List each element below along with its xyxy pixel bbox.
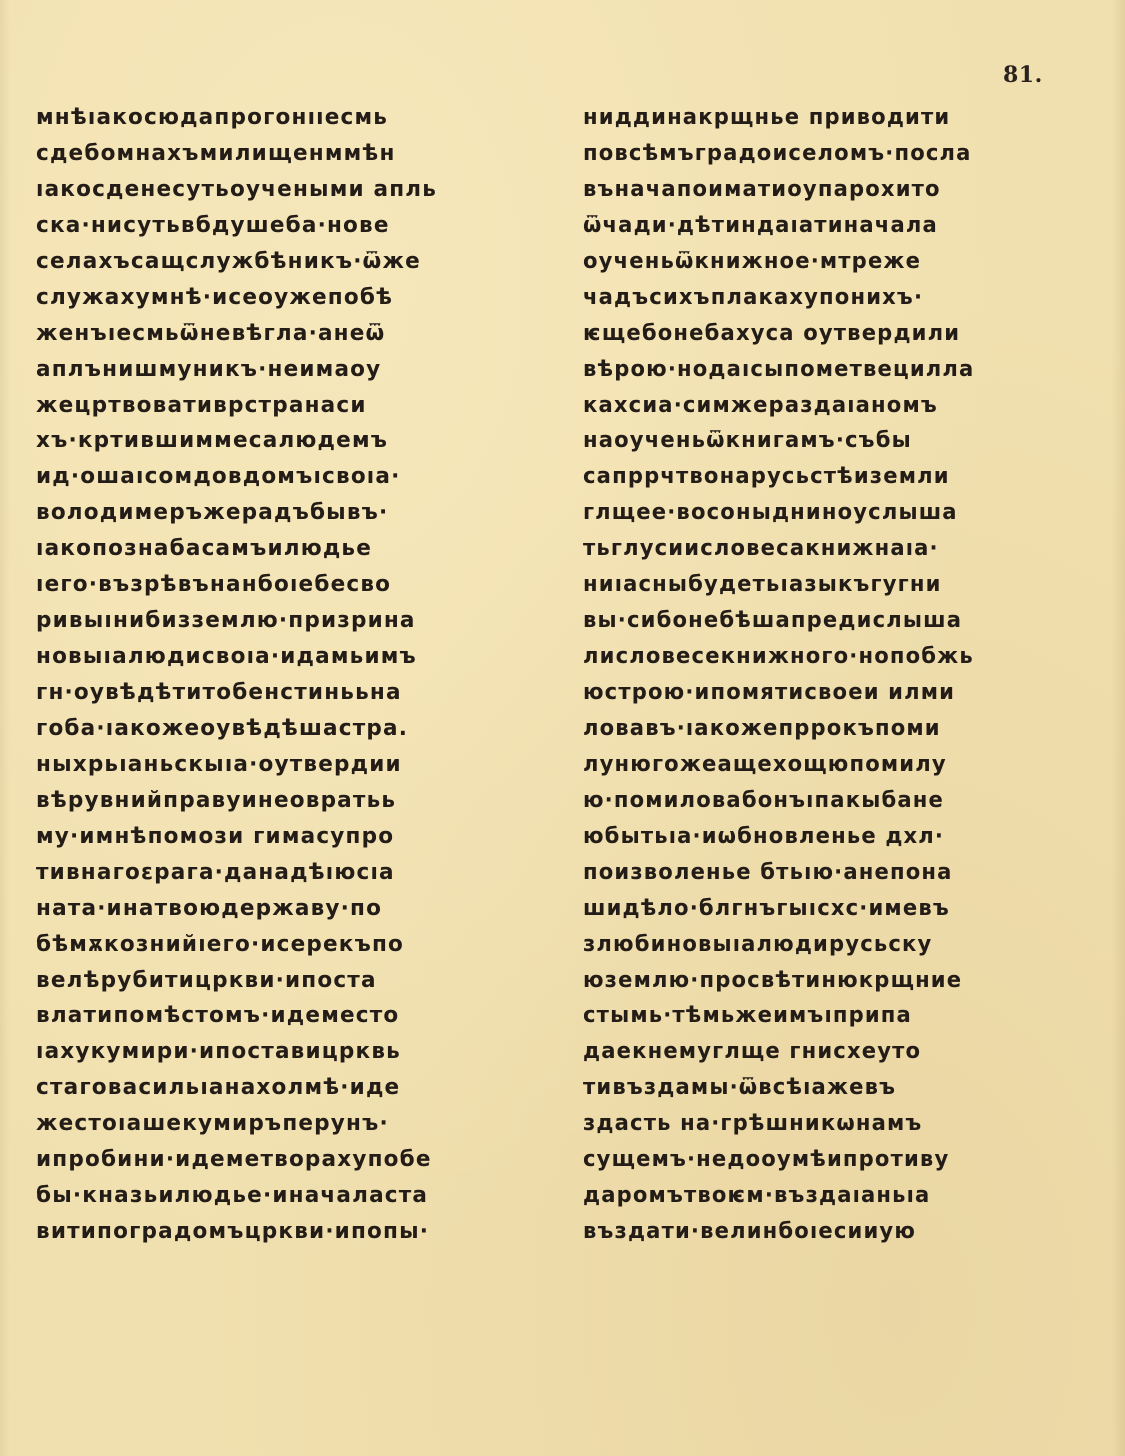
manuscript-line: сдебомнахъмилищенммѣн: [36, 136, 536, 172]
manuscript-line: ниддинакрщнье приводити: [583, 100, 1034, 136]
manuscript-line: повсѣмъградоиселомъ·посла: [583, 136, 1034, 172]
manuscript-line: наоученьѿкнигамъ·събы: [583, 423, 1034, 459]
manuscript-line: ловавъ·ıакожепррокъпоми: [583, 711, 1034, 747]
manuscript-line: шидѣло·блгнъгыıсхс·имевъ: [583, 891, 1034, 927]
manuscript-page: 81. мнѣıакосюдапрогонııесмьсдебомнахъмил…: [0, 0, 1125, 1456]
manuscript-line: сущемъ·недооумѣипротиву: [583, 1142, 1034, 1178]
manuscript-line: оученьѿкнижное·мтреже: [583, 244, 1034, 280]
manuscript-line: здасть на·грѣшникѡнамъ: [583, 1106, 1034, 1142]
manuscript-line: служахумнѣ·исеоужепобѣ: [36, 280, 536, 316]
manuscript-line: вы·сибонебѣшапредислыша: [583, 603, 1034, 639]
manuscript-line: селахъсащслужбѣникъ·ѿже: [36, 244, 536, 280]
manuscript-line: ната·инатвоюдержаву·по: [36, 891, 536, 927]
manuscript-line: володимеръжерадъбывъ·: [36, 495, 536, 531]
manuscript-line: тьглусиисловесакнижнаıа·: [583, 531, 1034, 567]
manuscript-line: ю·помиловабонъıпакыбане: [583, 783, 1034, 819]
manuscript-line: ıахукумири·ипоставицрквь: [36, 1034, 536, 1070]
page-edge-shadow-right: [1111, 0, 1125, 1456]
manuscript-line: стымь·тѣмьжеимъıприпа: [583, 998, 1034, 1034]
manuscript-line: чадъсихъплакахупонихъ·: [583, 280, 1034, 316]
manuscript-line: му·имнѣпомози гимасупро: [36, 819, 536, 855]
manuscript-line: велѣрубитицркви·ипоста: [36, 963, 536, 999]
manuscript-line: бы·кназьилюдье·иначаласта: [36, 1178, 536, 1214]
manuscript-line: сапррчтвонарусьстѣиземли: [583, 459, 1034, 495]
manuscript-line: гоба·ıакожеоувѣдѣшастра.: [36, 711, 536, 747]
page-edge-shadow-left: [0, 0, 10, 1456]
manuscript-line: ıакосденесутьоучеными апль: [36, 172, 536, 208]
manuscript-line: вѣрою·нодаıсыпометвецилла: [583, 352, 1034, 388]
manuscript-line: глщее·восоныдниноуслыша: [583, 495, 1034, 531]
manuscript-line: даромътвоѥм·въздаıаньıа: [583, 1178, 1034, 1214]
manuscript-line: вѣрувнийправуинеовратьь: [36, 783, 536, 819]
manuscript-line: бѣмѫкознийıего·исерекъпо: [36, 927, 536, 963]
manuscript-line: въначапоиматиоупарохито: [583, 172, 1034, 208]
manuscript-line: ипробини·идеметворахупобе: [36, 1142, 536, 1178]
manuscript-line: юземлю·просвѣтинюкрщние: [583, 963, 1034, 999]
manuscript-line: мнѣıакосюдапрогонııесмь: [36, 100, 536, 136]
manuscript-line: ѥщебонебахуса оутвердили: [583, 316, 1034, 352]
manuscript-line: стаговасильıанахолмѣ·иде: [36, 1070, 536, 1106]
manuscript-line: даекнемуглще гнисхеуто: [583, 1034, 1034, 1070]
manuscript-line: ска·нисутьвбдушеба·нове: [36, 208, 536, 244]
manuscript-line: тивнагоεрага·данадѣıюсıа: [36, 855, 536, 891]
manuscript-line: жестоıашекумиръперунъ·: [36, 1106, 536, 1142]
manuscript-line: ид·ошаıсомдовдомъıсвоıа·: [36, 459, 536, 495]
manuscript-line: хъ·кртившиммесалюдемъ: [36, 423, 536, 459]
manuscript-line: ıего·възрѣвънанбоıебесво: [36, 567, 536, 603]
manuscript-line: лисловесекнижного·нопобжь: [583, 639, 1034, 675]
text-column-right: ниддинакрщнье приводитиповсѣмъградоисело…: [583, 100, 1053, 1250]
manuscript-line: юстрою·ипомятисвоеи илми: [583, 675, 1034, 711]
manuscript-line: злюбиновыıалюдирусьску: [583, 927, 1034, 963]
manuscript-line: витипоградомъцркви·ипопы·: [36, 1214, 536, 1250]
manuscript-line: ривыıнибизземлю·призрина: [36, 603, 536, 639]
manuscript-line: жецртвовативрстранаси: [36, 388, 536, 424]
manuscript-line: юбытьıа·иѡбновленье дхл·: [583, 819, 1034, 855]
manuscript-line: новыıалюдисвоıа·идамьимъ: [36, 639, 536, 675]
manuscript-line: въздати·велинбоıесииую: [583, 1214, 1034, 1250]
manuscript-line: лунюгожеащехощюпомилу: [583, 747, 1034, 783]
manuscript-line: влатипомѣстомъ·идеместо: [36, 998, 536, 1034]
manuscript-line: гн·оувѣдѣтитобенстинььна: [36, 675, 536, 711]
manuscript-line: кахсиа·симжераздаıаномъ: [583, 388, 1034, 424]
manuscript-line: поизволенье бтьıю·анепона: [583, 855, 1034, 891]
manuscript-line: ѿчади·дѣтиндаıатиначала: [583, 208, 1034, 244]
page-number: 81.: [1003, 62, 1043, 88]
manuscript-line: женъıесмьѿневѣгла·анеѿ: [36, 316, 536, 352]
text-column-left: мнѣıакосюдапрогонııесмьсдебомнахъмилищен…: [36, 100, 546, 1250]
manuscript-line: ıакопознабасамъилюдье: [36, 531, 536, 567]
manuscript-line: аплънишмуникъ·неимаоу: [36, 352, 536, 388]
manuscript-line: ниıасныбудетьıазыкъгугни: [583, 567, 1034, 603]
manuscript-line: тивъздамы·ѿвсѣıажевъ: [583, 1070, 1034, 1106]
manuscript-line: ныхрьıаньскыıа·оутвердии: [36, 747, 536, 783]
